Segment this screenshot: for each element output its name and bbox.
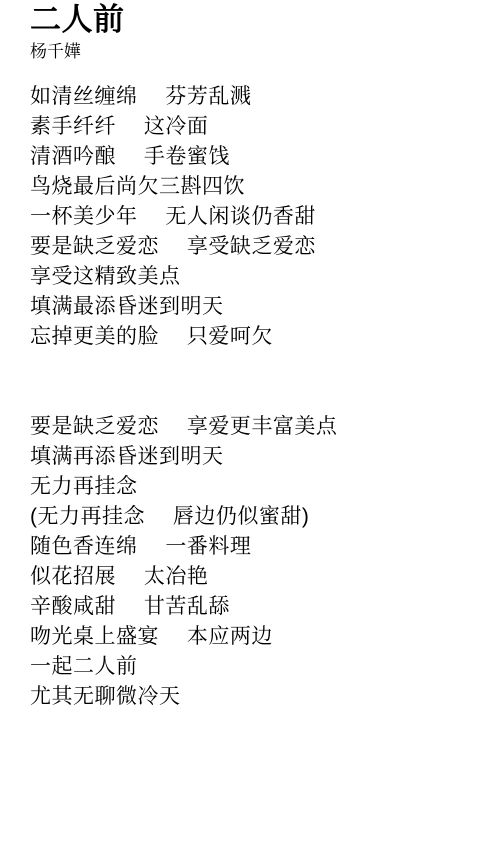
lyric-line: 随色香连绵 一番料理 — [30, 532, 470, 562]
lyric-line: 鸟烧最后尚欠三斟四饮 — [30, 172, 470, 202]
lyrics-body: 如清丝缠绵 芬芳乱溅素手纤纤 这冷面清酒吟酿 手卷蜜饯鸟烧最后尚欠三斟四饮一杯美… — [30, 82, 470, 712]
lyric-line: 清酒吟酿 手卷蜜饯 — [30, 142, 470, 172]
lyric-line: 要是缺乏爱恋 享爱更丰富美点 — [30, 412, 470, 442]
lyrics-page: 二人前 杨千嬅 如清丝缠绵 芬芳乱溅素手纤纤 这冷面清酒吟酿 手卷蜜饯鸟烧最后尚… — [0, 0, 500, 712]
lyric-line: 一起二人前 — [30, 652, 470, 682]
lyric-line: 享受这精致美点 — [30, 262, 470, 292]
lyric-line: 无力再挂念 — [30, 472, 470, 502]
stanza: 如清丝缠绵 芬芳乱溅素手纤纤 这冷面清酒吟酿 手卷蜜饯鸟烧最后尚欠三斟四饮一杯美… — [30, 82, 470, 352]
lyric-line: (无力再挂念 唇边仍似蜜甜) — [30, 502, 470, 532]
lyric-line: 辛酸咸甜 甘苦乱舔 — [30, 592, 470, 622]
lyric-line: 吻光桌上盛宴 本应两边 — [30, 622, 470, 652]
lyric-line: 要是缺乏爱恋 享受缺乏爱恋 — [30, 232, 470, 262]
lyric-line: 填满最添昏迷到明天 — [30, 292, 470, 322]
lyric-line: 忘掉更美的脸 只爱呵欠 — [30, 322, 470, 352]
lyric-line: 一杯美少年 无人闲谈仍香甜 — [30, 202, 470, 232]
artist-name: 杨千嬅 — [30, 42, 470, 62]
song-title: 二人前 — [30, 0, 470, 40]
stanza: 要是缺乏爱恋 享爱更丰富美点填满再添昏迷到明天无力再挂念(无力再挂念 唇边仍似蜜… — [30, 412, 470, 712]
lyric-line: 似花招展 太冶艳 — [30, 562, 470, 592]
lyric-line: 如清丝缠绵 芬芳乱溅 — [30, 82, 470, 112]
lyric-line: 填满再添昏迷到明天 — [30, 442, 470, 472]
lyric-line: 尤其无聊微冷天 — [30, 682, 470, 712]
lyrics-screen: 二人前 杨千嬅 如清丝缠绵 芬芳乱溅素手纤纤 这冷面清酒吟酿 手卷蜜饯鸟烧最后尚… — [0, 0, 500, 850]
lyric-line: 素手纤纤 这冷面 — [30, 112, 470, 142]
